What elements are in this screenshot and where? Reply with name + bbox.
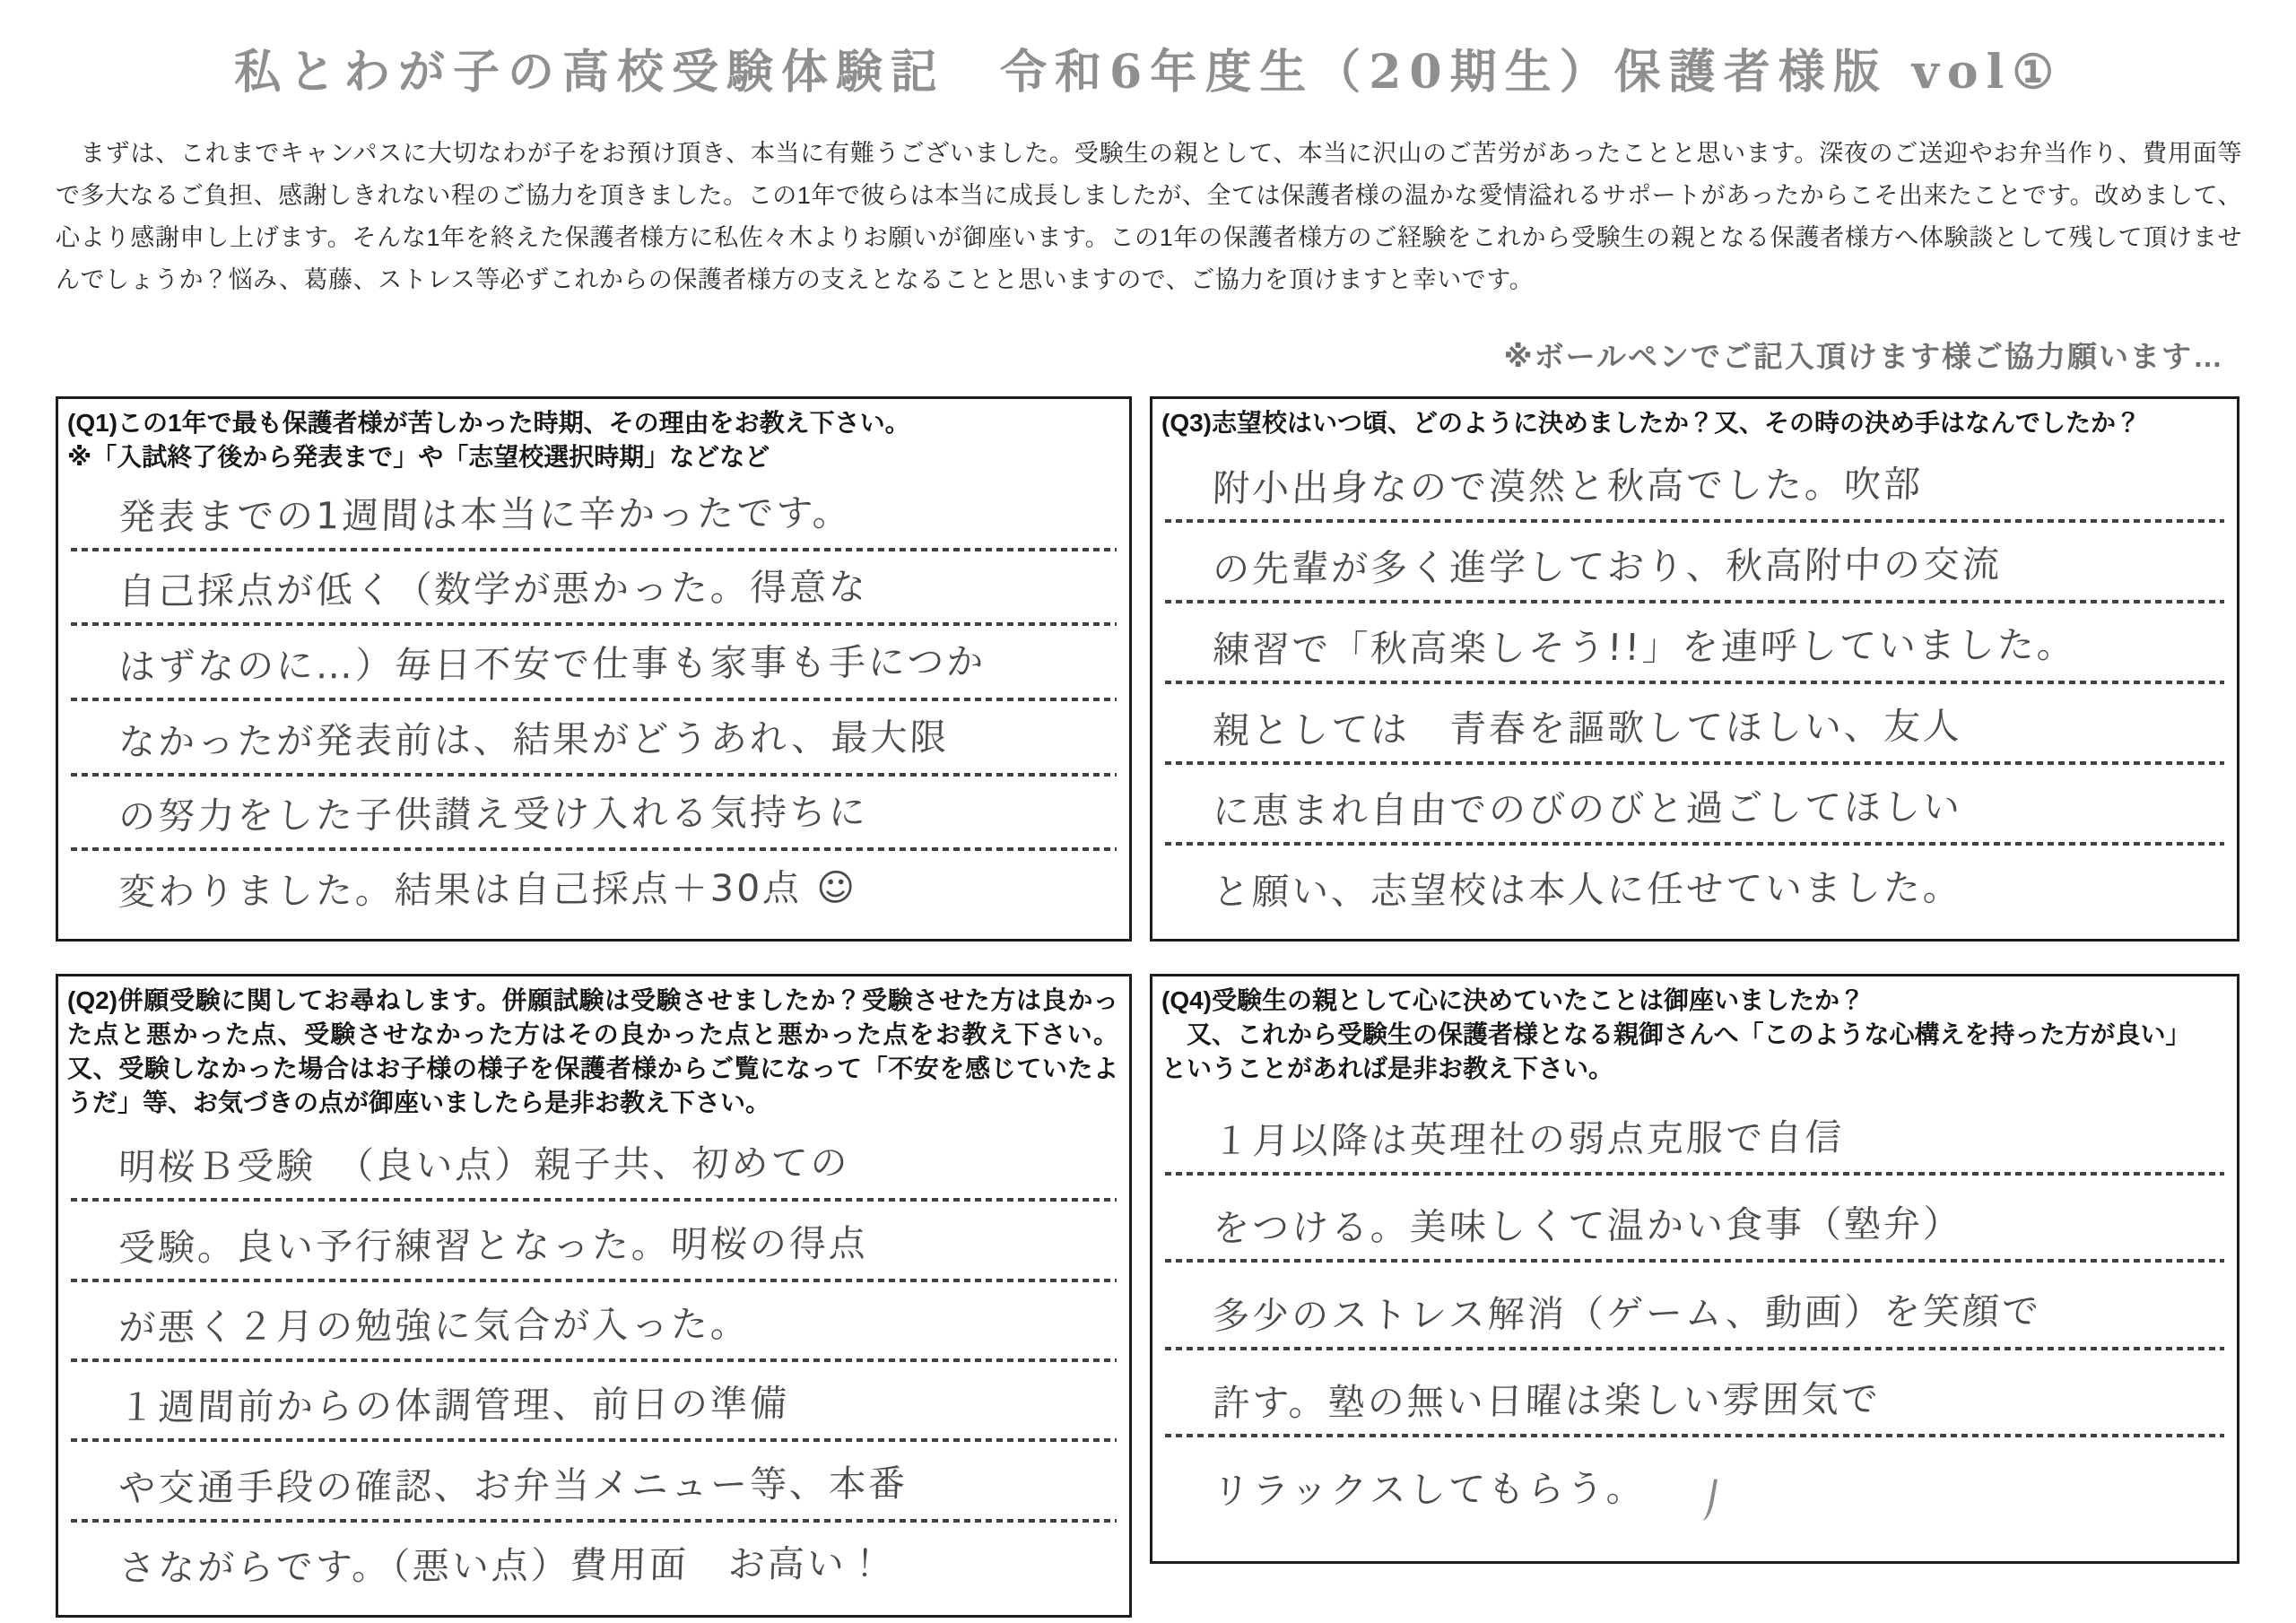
ruled-answer-line: 変わりました。結果は自己採点＋30点 ☺ <box>76 851 1111 926</box>
handwritten-text: １月以降は英理社の弱点克服で自信 <box>1170 1107 1845 1176</box>
ruled-answer-line: １月以降は英理社の弱点克服で自信 <box>1170 1088 2219 1176</box>
ruled-answer-line: はずなのに…）毎日不安で仕事も家事も手につか <box>76 626 1111 701</box>
handwritten-text: リラックスしてもらう。 <box>1170 1459 1647 1525</box>
handwritten-text: の先輩が多く進学しており、秋高附中の交流 <box>1170 534 2003 603</box>
question-text-q2: (Q2)併願受験に関してお尋ねします。併願試験は受験させましたか？受験させた方は… <box>58 976 1129 1122</box>
ruled-answer-line: をつける。美味しくて温かい食事（塾弁） <box>1170 1176 2219 1263</box>
ruled-answer-line: 多少のストレス解消（ゲーム、動画）を笑顔で <box>1170 1263 2219 1350</box>
ruled-answer-line: の先輩が多く進学しており、秋高附中の交流 <box>1170 523 2219 603</box>
handwritten-text: をつける。美味しくて温かい食事（塾弁） <box>1170 1194 1963 1263</box>
ruled-answer-line: 発表までの1週間は本当に辛かったです。 <box>76 476 1111 551</box>
handwritten-text: 親としては 青春を謳歌してほしい、友人 <box>1170 697 1963 765</box>
ruled-answer-line: 練習で「秋高楽しそう!!」を連呼していました。 <box>1170 603 2219 684</box>
ruled-answer-line: なかったが発表前は、結果がどうあれ、最大限 <box>76 701 1111 777</box>
ruled-answer-line: の努力をした子供讃え受け入れる気持ちに <box>76 777 1111 852</box>
question-box-q4: (Q4)受験生の親として心に決めていたことは御座いましたか？ 又、これから受験生… <box>1150 974 2239 1564</box>
handwritten-text: はずなのに…）毎日不安で仕事も家事も手につか <box>76 632 987 701</box>
ruled-answer-line: と願い、志望校は本人に任せていました。 <box>1170 846 2219 926</box>
ruled-answer-line: 受験。良い予行練習となった。明桜の得点 <box>76 1202 1111 1281</box>
ruled-answer-line: 明桜Ｂ受験 （良い点）親子共、初めての <box>76 1122 1111 1202</box>
answer-area-q2: 明桜Ｂ受験 （良い点）親子共、初めての 受験。良い予行練習となった。明桜の得点 … <box>58 1122 1129 1615</box>
ruled-answer-line: 許す。塾の無い日曜は楽しい雰囲気で <box>1170 1350 2219 1438</box>
handwritten-text: １週間前からの体調管理、前日の準備 <box>76 1374 790 1442</box>
handwritten-text: と願い、志望校は本人に任せていました。 <box>1170 858 1963 926</box>
handwritten-text: の努力をした子供讃え受け入れる気持ちに <box>76 783 869 851</box>
question-text-q1: (Q1)この1年で最も保護者様が苦しかった時期、その理由をお教え下さい。 ※「入… <box>58 399 1129 476</box>
question-box-q3: (Q3)志望校はいつ頃、どのように決めましたか？又、その時の決め手はなんでしたか… <box>1150 396 2239 942</box>
handwritten-text: なかったが発表前は、結果がどうあれ、最大限 <box>76 707 950 777</box>
ruled-answer-line: や交通手段の確認、お弁当メニュー等、本番 <box>76 1442 1111 1522</box>
handwritten-text: 明桜Ｂ受験 （良い点）親子共、初めての <box>76 1133 851 1202</box>
answer-area-q4: １月以降は英理社の弱点克服で自信 をつける。美味しくて温かい食事（塾弁） 多少の… <box>1152 1088 2237 1561</box>
ruled-answer-line: 自己採点が低く（数学が悪かった。得意な <box>76 551 1111 627</box>
ruled-answer-line: に恵まれ自由でのびのびと過ごしてほしい <box>1170 765 2219 846</box>
ruled-answer-line: 親としては 青春を謳歌してほしい、友人 <box>1170 684 2219 765</box>
ruled-answer-line: 附小出身なので漠然と秋高でした。吹部 <box>1170 442 2219 523</box>
handwritten-text: 発表までの1週間は本当に辛かったです。 <box>76 482 853 551</box>
ruled-answer-line: １週間前からの体調管理、前日の準備 <box>76 1362 1111 1442</box>
handwritten-text: 自己採点が低く（数学が悪かった。得意な <box>76 558 869 626</box>
ruled-answer-line: が悪く２月の勉強に気合が入った。 <box>76 1282 1111 1362</box>
handwritten-text: 変わりました。結果は自己採点＋30点 ☺ <box>76 858 858 926</box>
page-title: 私とわが子の高校受験体験記 令和6年度生（20期生）保護者様版 vol① <box>0 34 2296 101</box>
handwritten-text: 多少のストレス解消（ゲーム、動画）を笑顔で <box>1170 1281 2042 1350</box>
question-text-q4: (Q4)受験生の親として心に決めていたことは御座いましたか？ 又、これから受験生… <box>1152 976 2237 1088</box>
question-box-q1: (Q1)この1年で最も保護者様が苦しかった時期、その理由をお教え下さい。 ※「入… <box>56 396 1132 942</box>
handwritten-text: に恵まれ自由でのびのびと過ごしてほしい <box>1170 777 1963 846</box>
handwritten-text: が悪く２月の勉強に気合が入った。 <box>76 1294 751 1362</box>
handwritten-text: や交通手段の確認、お弁当メニュー等、本番 <box>76 1454 909 1523</box>
question-box-q2: (Q2)併願受験に関してお尋ねします。併願試験は受験させましたか？受験させた方は… <box>56 974 1132 1618</box>
answer-area-q3: 附小出身なので漠然と秋高でした。吹部 の先輩が多く進学しており、秋高附中の交流 … <box>1152 442 2237 939</box>
question-text-q3: (Q3)志望校はいつ頃、どのように決めましたか？又、その時の決め手はなんでしたか… <box>1152 399 2237 442</box>
ruled-answer-line: リラックスしてもらう。 <box>1170 1437 2219 1525</box>
ruled-answer-line: さながらです。（悪い点）費用面 お高い！ <box>76 1523 1111 1602</box>
handwritten-text: 附小出身なので漠然と秋高でした。吹部 <box>1170 455 1924 523</box>
handwritten-text: 練習で「秋高楽しそう!!」を連呼していました。 <box>1170 615 2077 684</box>
handwritten-text: さながらです。（悪い点）費用面 お高い！ <box>76 1533 887 1602</box>
handwritten-text: 許す。塾の無い日曜は楽しい雰囲気で <box>1170 1370 1882 1438</box>
intro-paragraph: まずは、これまでキャンパスに大切なわが子をお預け頂き、本当に有難うございました。… <box>56 133 2242 301</box>
answer-area-q1: 発表までの1週間は本当に辛かったです。 自己採点が低く（数学が悪かった。得意な … <box>58 476 1129 939</box>
handwritten-text: 受験。良い予行練習となった。明桜の得点 <box>76 1213 869 1281</box>
ballpoint-pen-note: ※ボールペンでご記入頂けます様ご協力願います… <box>1504 334 2224 376</box>
